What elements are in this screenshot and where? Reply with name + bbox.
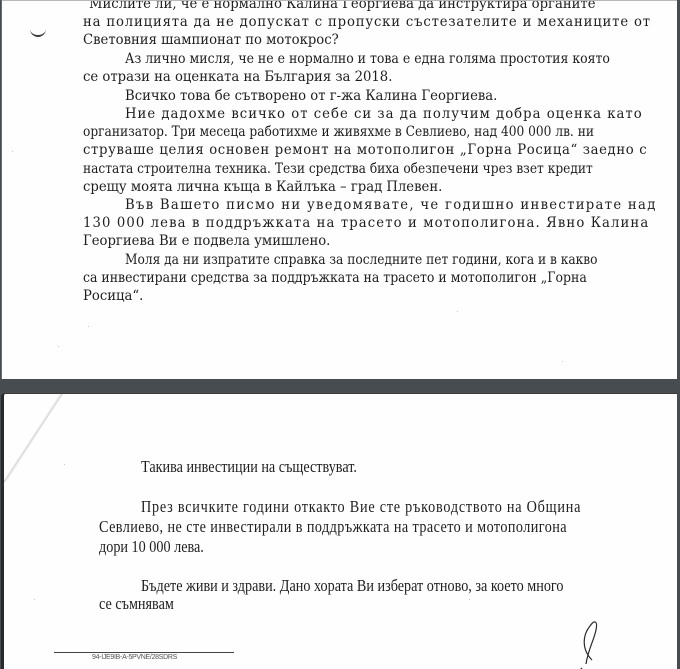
text-line: се отрази на оценката на България за 201…	[83, 69, 392, 85]
text-line: са инвестирани средства за поддръжката н…	[83, 270, 587, 286]
document-page-2: Такива инвестиции на съществуват. През в…	[1, 393, 677, 669]
footer-rule	[54, 652, 234, 653]
document-viewer[interactable]: Мислите ли, че е нормално Калина Георгие…	[0, 0, 680, 669]
text-line: Мислите ли, че е нормално Калина Георгие…	[89, 0, 596, 12]
text-line: Бъдете живи и здрави. Дано хората Ви изб…	[141, 576, 563, 596]
text-line: През всичките години откакто Вие сте рък…	[141, 497, 581, 517]
fold-crease-mark	[4, 394, 64, 484]
text-line: дори 10 000 лева.	[99, 537, 204, 557]
text-line: се съмнявам	[99, 594, 174, 614]
text-line: на полицията да не допускат с пропуски с…	[83, 14, 651, 30]
text-line: Такива инвестиции на съществуват.	[141, 457, 357, 477]
text-line: Всичко това бе сътворено от г-жа Калина …	[125, 88, 497, 104]
text-line: струваше целия основен ремонт на мотопол…	[83, 142, 647, 158]
text-line: Аз лично мисля, че не е нормално и това …	[125, 51, 610, 67]
text-line: настата строителна техника. Тези средств…	[83, 161, 593, 177]
text-line: Ние дадохме всичко от себе си за да полу…	[125, 106, 643, 122]
punch-hole-mark	[30, 26, 46, 37]
text-line: Георгиева Ви е подвела умишлено.	[83, 233, 330, 249]
text-line: 130 000 лева в поддръжката на трасето и …	[83, 215, 649, 231]
footer-code: 94-IJE9IB-A-5PVNE/28SDRS	[92, 654, 177, 661]
text-line: Росица“.	[83, 288, 143, 304]
document-page-1: Мислите ли, че е нормално Калина Георгие…	[1, 0, 677, 379]
text-line: Моля да ни изпратите справка за последни…	[125, 252, 598, 268]
text-line: Севлиево, не сте инвестирали в поддръжка…	[99, 517, 567, 537]
text-line: организатор. Три месеца работихме и живя…	[83, 124, 594, 140]
text-line: Във Вашето писмо ни уведомявате, че годи…	[125, 197, 657, 213]
text-line: Световния шампионат по мотокрос?	[83, 32, 339, 48]
signature-mark	[572, 602, 612, 669]
text-line: срещу моята лична къща в Кайлъка – град …	[83, 179, 442, 195]
